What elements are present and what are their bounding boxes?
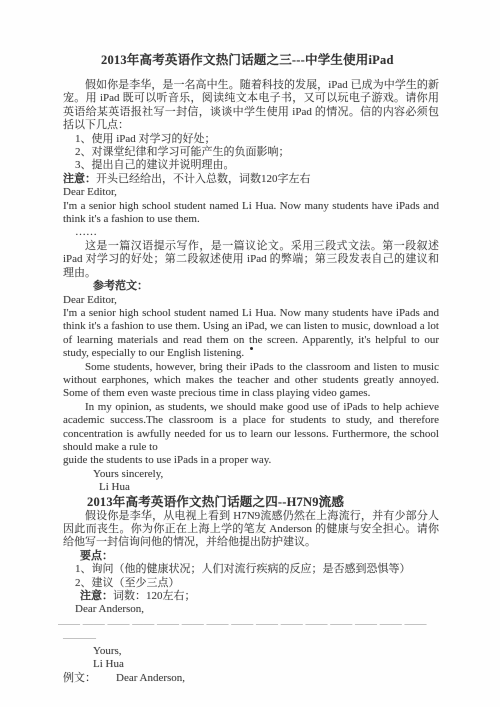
topic4-sample-salutation: Dear Anderson, xyxy=(116,672,185,684)
scanned-document-page: 2013年高考英语作文热门话题之三---中学生使用iPad 假如你是李华，是一名… xyxy=(0,0,500,707)
topic3-point-1: 1、使用 iPad 对学习的好处； xyxy=(75,133,439,146)
ink-dot-artifact xyxy=(250,347,253,350)
topic4-point-2: 2、建议（至少三点） xyxy=(75,577,439,590)
topic4-sample-label: 例文： xyxy=(63,672,96,684)
answer-blank-line-wrap: ——— xyxy=(63,631,439,645)
topic3-note-text: 开头已经给出，不计入总数，词数120字左右 xyxy=(96,173,311,185)
topic3-signature: Li Hua xyxy=(99,481,439,494)
topic3-intro: 假如你是李华，是一名高中生。随着科技的发展，iPad 已成为中学生的新宠。用 i… xyxy=(63,79,439,133)
topic3-note: 注意：开头已经给出，不计入总数，词数120字左右 xyxy=(63,173,439,186)
topic3-sample-para2: Some students, however, bring their iPad… xyxy=(63,361,439,401)
topic4-signature: Li Hua xyxy=(93,658,439,671)
topic3-note-label: 注意： xyxy=(63,173,96,185)
topic3-analysis: 这是一篇汉语提示写作，是一篇议论文。采用三段式文法。第一段叙述 iPad 对学习… xyxy=(63,240,439,280)
topic3-ellipsis: …… xyxy=(75,226,439,239)
topic4-note-text: 词数：120左右； xyxy=(113,590,196,602)
topic3-point-2: 2、对课堂纪律和学习可能产生的负面影响； xyxy=(75,146,439,159)
topic3-sample-para1: I'm a senior high school student named L… xyxy=(63,307,439,361)
topic3-sample-para3-cont: guide the students to use iPads in a pro… xyxy=(63,454,439,467)
topic4-sample-line: 例文：Dear Anderson, xyxy=(63,672,439,685)
topic4-point-1: 1、询问（他的健康状况；人们对流行疾病的反应；是否感到恐惧等） xyxy=(75,563,439,576)
topic4-intro: 假设你是李华，从电视上看到 H7N9流感仍然在上海流行，并有少部分人因此而丧生。… xyxy=(63,510,439,550)
topic3-sample-salutation: Dear Editor, xyxy=(63,294,439,307)
topic4-title: 2013年高考英语作文热门话题之四--H7N9流感 xyxy=(87,495,439,510)
topic4-note-label: 注意： xyxy=(80,590,113,602)
topic3-closing: Yours sincerely, xyxy=(93,468,439,481)
topic3-salutation: Dear Editor, xyxy=(63,186,439,199)
topic4-note: 注意：词数：120左右； xyxy=(80,590,439,603)
topic3-given-opening: I'm a senior high school student named L… xyxy=(63,200,439,227)
topic3-point-3: 3、提出自己的建议并说明理由。 xyxy=(75,159,439,172)
answer-blank-line: —— —— —— —— —— —— —— —— —— —— —— —— —— —… xyxy=(58,617,439,631)
topic4-salutation: Dear Anderson, xyxy=(75,603,439,616)
topic3-sample-para3: In my opinion, as students, we should ma… xyxy=(63,401,439,455)
topic3-title: 2013年高考英语作文热门话题之三---中学生使用iPad xyxy=(101,53,439,68)
topic4-closing: Yours, xyxy=(93,645,439,658)
topic3-sample-label: 参考范文： xyxy=(93,280,439,293)
topic4-points-label: 要点： xyxy=(80,550,439,563)
